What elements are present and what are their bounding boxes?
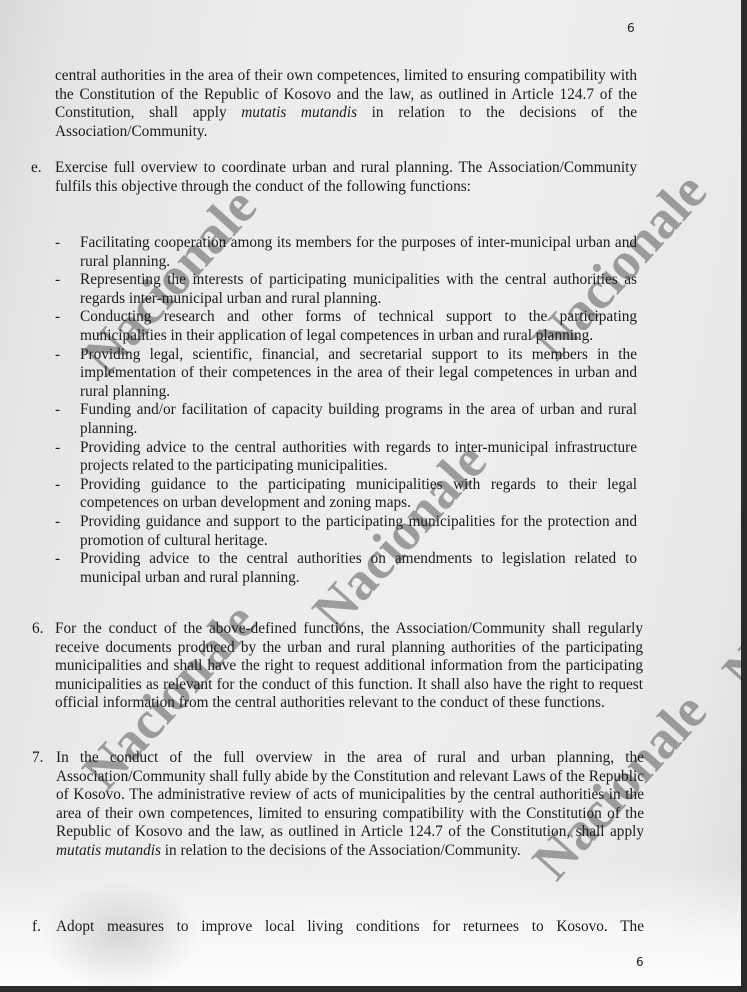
list-item-7: 7. In the conduct of the full overview i… bbox=[56, 749, 644, 861]
bullet-dash: - bbox=[55, 513, 60, 532]
paragraph-text: Adopt measures to improve local living c… bbox=[56, 918, 644, 937]
document-page: Nacionale Nacionale Nacionale Nacionale … bbox=[0, 0, 741, 986]
page-number-bottom: 6 bbox=[636, 955, 644, 969]
watermark: Nacionale bbox=[0, 371, 9, 582]
bullet-item: -Conducting research and other forms of … bbox=[55, 308, 637, 345]
bullet-item: -Providing guidance to the participating… bbox=[55, 476, 637, 513]
bullet-text: Providing guidance to the participating … bbox=[80, 476, 637, 512]
list-marker: 6. bbox=[32, 620, 43, 639]
page-number-top: 6 bbox=[627, 21, 635, 35]
bullet-item: -Providing advice to the central authori… bbox=[55, 550, 637, 587]
list-item-f: f. Adopt measures to improve local livin… bbox=[56, 918, 644, 937]
paragraph-text: in relation to the decisions of the Asso… bbox=[161, 842, 521, 859]
paragraph-text: For the conduct of the above-defined fun… bbox=[55, 620, 643, 713]
watermark: Nacionale bbox=[710, 491, 741, 702]
bullet-dash: - bbox=[55, 401, 60, 420]
function-bullets: -Facilitating cooperation among its memb… bbox=[55, 234, 637, 587]
continuation-paragraph: central authorities in the area of their… bbox=[55, 67, 637, 141]
bullet-dash: - bbox=[55, 346, 60, 365]
bullet-text: Facilitating cooperation among its membe… bbox=[80, 234, 637, 270]
bullet-dash: - bbox=[55, 308, 60, 327]
bullet-text: Providing legal, scientific, financial, … bbox=[80, 346, 637, 400]
bullet-item: -Funding and/or facilitation of capacity… bbox=[55, 401, 637, 438]
bullet-item: -Representing the interests of participa… bbox=[55, 271, 637, 308]
list-item-6: 6. For the conduct of the above-defined … bbox=[55, 620, 643, 713]
bullet-text: Representing the interests of participat… bbox=[80, 271, 637, 307]
bullet-item: -Providing legal, scientific, financial,… bbox=[55, 346, 637, 402]
bullet-dash: - bbox=[55, 271, 60, 290]
paragraph-text: Exercise full overview to coordinate urb… bbox=[55, 159, 637, 196]
bullet-dash: - bbox=[55, 234, 60, 253]
bullet-dash: - bbox=[55, 439, 60, 458]
bullet-text: Providing advice to the central authorit… bbox=[80, 439, 637, 475]
list-marker: f. bbox=[32, 918, 41, 937]
list-marker: 7. bbox=[32, 749, 43, 768]
list-marker: e. bbox=[31, 159, 42, 178]
bullet-item: -Providing guidance and support to the p… bbox=[55, 513, 637, 550]
bullet-text: Providing guidance and support to the pa… bbox=[80, 513, 637, 549]
paragraph-text: In the conduct of the full overview in t… bbox=[56, 749, 644, 840]
bullet-dash: - bbox=[55, 476, 60, 495]
italic-phrase: mutatis mutandis bbox=[56, 842, 161, 859]
bullet-dash: - bbox=[55, 550, 60, 569]
bullet-text: Conducting research and other forms of t… bbox=[80, 308, 637, 344]
bullet-text: Providing advice to the central authorit… bbox=[80, 550, 637, 586]
bullet-item: -Providing advice to the central authori… bbox=[55, 439, 637, 476]
bullet-item: -Facilitating cooperation among its memb… bbox=[55, 234, 637, 271]
bullet-text: Funding and/or facilitation of capacity … bbox=[80, 401, 637, 437]
italic-phrase: mutatis mutandis bbox=[241, 104, 357, 121]
list-item-e: e. Exercise full overview to coordinate … bbox=[55, 159, 637, 196]
